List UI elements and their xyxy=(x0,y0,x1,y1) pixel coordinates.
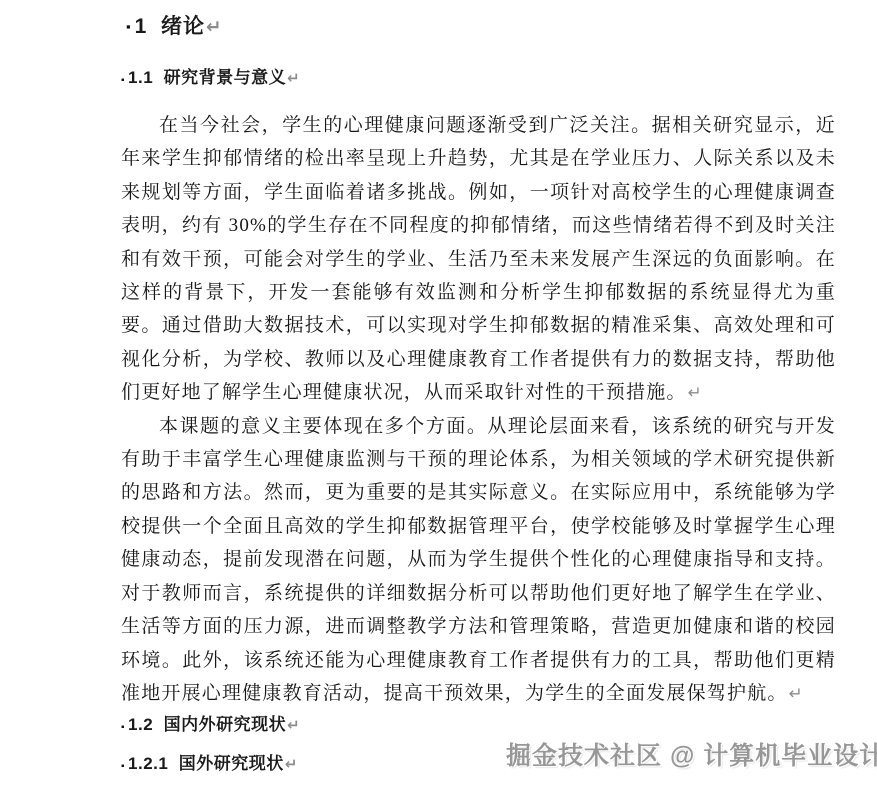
paragraph-significance-text: 本课题的意义主要体现在多个方面。从理论层面来看，该系统的研究与开发有助于丰富学生… xyxy=(121,416,836,704)
paragraph-mark-icon: ↵ xyxy=(285,755,298,773)
paragraph-mark-icon: ↵ xyxy=(206,17,221,38)
outline-bullet-icon: ▪ xyxy=(121,756,125,778)
heading-1-2-1-label: 1.2.1 国外研究现状 xyxy=(128,754,284,773)
paragraph-mark-icon: ↵ xyxy=(789,683,803,703)
document-page: ▪1 绪论↵ ▪1.1 研究背景与意义↵ 在当今社会，学生的心理健康问题逐渐受到… xyxy=(0,0,877,793)
heading-chapter-1: ▪1 绪论↵ xyxy=(121,14,836,41)
heading-1-1: ▪1.1 研究背景与意义↵ xyxy=(121,67,836,92)
paragraph-mark-icon: ↵ xyxy=(287,716,300,734)
outline-bullet-icon: ▪ xyxy=(126,14,132,40)
outline-bullet-icon: ▪ xyxy=(121,717,125,739)
outline-bullet-icon: ▪ xyxy=(121,70,125,92)
paragraph-significance: 本课题的意义主要体现在多个方面。从理论层面来看，该系统的研究与开发有助于丰富学生… xyxy=(121,410,836,711)
watermark: 掘金技术社区 @ 计算机毕业设计小途 xyxy=(506,739,877,773)
paragraph-background: 在当今社会，学生的心理健康问题逐渐受到广泛关注。据相关研究显示，近年来学生抑郁情… xyxy=(121,109,836,410)
heading-1-2: ▪1.2 国内外研究现状↵ xyxy=(121,714,836,739)
paragraph-mark-icon: ↵ xyxy=(287,69,300,87)
heading-1-1-label: 1.1 研究背景与意义 xyxy=(128,68,286,87)
heading-chapter-1-label: 1 绪论 xyxy=(135,15,205,38)
heading-1-2-label: 1.2 国内外研究现状 xyxy=(128,715,286,734)
paragraph-background-text: 在当今社会，学生的心理健康问题逐渐受到广泛关注。据相关研究显示，近年来学生抑郁情… xyxy=(121,115,836,403)
paragraph-mark-icon: ↵ xyxy=(688,382,702,402)
